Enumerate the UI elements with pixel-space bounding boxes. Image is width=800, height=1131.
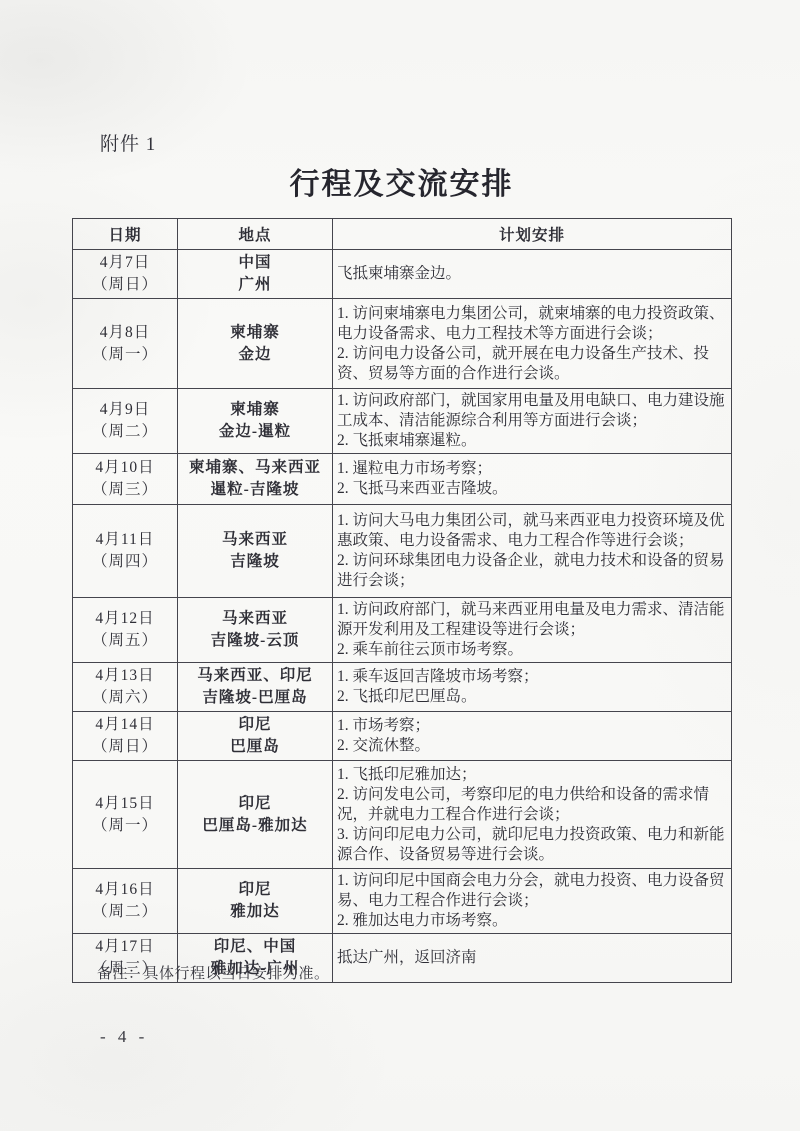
location-line: 巴厘岛-雅加达 [182,815,328,837]
date-cell: 4月15日 （周一） [73,761,178,869]
date-text: 4月9日 [77,399,173,421]
column-header-plan: 计划安排 [333,219,732,250]
plan-cell: 1. 访问大马电力集团公司，就马来西亚电力投资环境及优惠政策、电力设备需求、电力… [333,505,732,598]
table-row: 4月9日 （周二） 柬埔寨 金边-暹粒 1. 访问政府部门，就国家用电量及用电缺… [73,389,732,454]
date-cell: 4月7日 （周日） [73,250,178,299]
plan-cell: 1. 访问印尼中国商会电力分会，就电力投资、电力设备贸易、电力工程合作进行会谈；… [333,869,732,934]
location-line: 印尼 [182,879,328,901]
location-line: 吉隆坡 [182,551,328,573]
date-cell: 4月13日 （周六） [73,663,178,712]
table-row: 4月8日 （周一） 柬埔寨 金边 1. 访问柬埔寨电力集团公司，就柬埔寨的电力投… [73,299,732,389]
location-cell: 印尼 巴厘岛 [178,712,333,761]
weekday-text: （周二） [77,901,173,923]
table-row: 4月7日 （周日） 中国 广州 飞抵柬埔寨金边。 [73,250,732,299]
plan-item: 2. 访问电力设备公司，就开展在电力设备生产技术、投资、贸易等方面的合作进行会谈… [337,344,727,384]
column-header-location: 地点 [178,219,333,250]
location-cell: 中国 广州 [178,250,333,299]
location-cell: 印尼 巴厘岛-雅加达 [178,761,333,869]
plan-cell: 抵达广州，返回济南 [333,934,732,983]
weekday-text: （周日） [77,736,173,758]
plan-item: 1. 访问政府部门，就国家用电量及用电缺口、电力建设施工成本、清洁能源综合利用等… [337,391,727,431]
plan-cell: 1. 访问政府部门，就马来西亚用电量及电力需求、清洁能源开发利用及工程建设等进行… [333,598,732,663]
location-line: 柬埔寨、马来西亚 [182,457,328,479]
plan-item: 1. 访问大马电力集团公司，就马来西亚电力投资环境及优惠政策、电力设备需求、电力… [337,511,727,551]
plan-item: 飞抵柬埔寨金边。 [337,264,727,284]
table-row: 4月13日 （周六） 马来西亚、印尼 吉隆坡-巴厘岛 1. 乘车返回吉隆坡市场考… [73,663,732,712]
date-text: 4月11日 [77,529,173,551]
plan-cell: 1. 暹粒电力市场考察； 2. 飞抵马来西亚吉隆坡。 [333,454,732,505]
plan-item: 抵达广州，返回济南 [337,948,727,968]
weekday-text: （周一） [77,344,173,366]
weekday-text: （周三） [77,479,173,501]
date-text: 4月13日 [77,665,173,687]
attachment-label: 附件 1 [100,129,156,156]
table-row: 4月10日 （周三） 柬埔寨、马来西亚 暹粒-吉隆坡 1. 暹粒电力市场考察； … [73,454,732,505]
date-text: 4月17日 [77,936,173,958]
location-line: 中国 [182,252,328,274]
location-line: 印尼 [182,793,328,815]
location-line: 印尼、中国 [182,936,328,958]
date-text: 4月10日 [77,457,173,479]
weekday-text: （周一） [77,815,173,837]
plan-item: 1. 乘车返回吉隆坡市场考察； [337,667,727,687]
plan-cell: 1. 市场考察； 2. 交流休整。 [333,712,732,761]
weekday-text: （周二） [77,421,173,443]
location-cell: 柬埔寨、马来西亚 暹粒-吉隆坡 [178,454,333,505]
plan-cell: 1. 访问柬埔寨电力集团公司，就柬埔寨的电力投资政策、电力设备需求、电力工程技术… [333,299,732,389]
location-line: 吉隆坡-巴厘岛 [182,687,328,709]
date-text: 4月7日 [77,252,173,274]
date-cell: 4月16日 （周二） [73,869,178,934]
plan-cell: 1. 访问政府部门，就国家用电量及用电缺口、电力建设施工成本、清洁能源综合利用等… [333,389,732,454]
plan-item: 2. 乘车前往云顶市场考察。 [337,640,727,660]
date-cell: 4月10日 （周三） [73,454,178,505]
location-line: 柬埔寨 [182,399,328,421]
plan-item: 2. 飞抵印尼巴厘岛。 [337,687,727,707]
location-line: 马来西亚、印尼 [182,665,328,687]
plan-item: 1. 市场考察； [337,716,727,736]
column-header-date: 日期 [73,219,178,250]
location-line: 吉隆坡-云顶 [182,630,328,652]
location-line: 马来西亚 [182,529,328,551]
plan-item: 2. 雅加达电力市场考察。 [337,911,727,931]
location-line: 巴厘岛 [182,736,328,758]
plan-item: 1. 访问印尼中国商会电力分会，就电力投资、电力设备贸易、电力工程合作进行会谈； [337,871,727,911]
location-line: 暹粒-吉隆坡 [182,479,328,501]
weekday-text: （周五） [77,630,173,652]
plan-item: 2. 访问发电公司，考察印尼的电力供给和设备的需求情况，并就电力工程合作进行会谈… [337,785,727,825]
location-cell: 马来西亚 吉隆坡-云顶 [178,598,333,663]
date-text: 4月15日 [77,793,173,815]
date-text: 4月8日 [77,322,173,344]
table-row: 4月14日 （周日） 印尼 巴厘岛 1. 市场考察； 2. 交流休整。 [73,712,732,761]
location-line: 柬埔寨 [182,322,328,344]
plan-cell: 1. 飞抵印尼雅加达； 2. 访问发电公司，考察印尼的电力供给和设备的需求情况，… [333,761,732,869]
date-cell: 4月11日 （周四） [73,505,178,598]
table-row: 4月12日 （周五） 马来西亚 吉隆坡-云顶 1. 访问政府部门，就马来西亚用电… [73,598,732,663]
date-cell: 4月8日 （周一） [73,299,178,389]
date-cell: 4月12日 （周五） [73,598,178,663]
page-title: 行程及交流安排 [72,159,731,203]
scanned-document-page: 附件 1 行程及交流安排 日期 地点 计划安排 4月7日 （周日） 中国 [0,0,800,1131]
location-line: 广州 [182,274,328,296]
table-row: 4月11日 （周四） 马来西亚 吉隆坡 1. 访问大马电力集团公司，就马来西亚电… [73,505,732,598]
plan-item: 3. 访问印尼电力公司，就印尼电力投资政策、电力和新能源合作、设备贸易等进行会谈… [337,825,727,865]
plan-item: 1. 访问政府部门，就马来西亚用电量及电力需求、清洁能源开发利用及工程建设等进行… [337,600,727,640]
plan-item: 2. 飞抵柬埔寨暹粒。 [337,431,727,451]
location-line: 马来西亚 [182,608,328,630]
itinerary-table: 日期 地点 计划安排 4月7日 （周日） 中国 广州 飞抵柬埔寨金边。 [72,218,732,983]
location-cell: 马来西亚 吉隆坡 [178,505,333,598]
table-header-row: 日期 地点 计划安排 [73,219,732,250]
location-line: 金边 [182,344,328,366]
date-text: 4月12日 [77,608,173,630]
plan-item: 1. 暹粒电力市场考察； [337,459,727,479]
location-line: 金边-暹粒 [182,421,328,443]
location-cell: 柬埔寨 金边-暹粒 [178,389,333,454]
plan-cell: 飞抵柬埔寨金边。 [333,250,732,299]
table-row: 4月15日 （周一） 印尼 巴厘岛-雅加达 1. 飞抵印尼雅加达； 2. 访问发… [73,761,732,869]
date-text: 4月16日 [77,879,173,901]
footnote: 备注：具体行程以当日安排为准。 [97,962,330,983]
date-cell: 4月9日 （周二） [73,389,178,454]
weekday-text: （周日） [77,274,173,296]
date-cell: 4月14日 （周日） [73,712,178,761]
plan-item: 2. 飞抵马来西亚吉隆坡。 [337,479,727,499]
location-cell: 马来西亚、印尼 吉隆坡-巴厘岛 [178,663,333,712]
location-cell: 印尼 雅加达 [178,869,333,934]
plan-cell: 1. 乘车返回吉隆坡市场考察； 2. 飞抵印尼巴厘岛。 [333,663,732,712]
plan-item: 1. 飞抵印尼雅加达； [337,765,727,785]
plan-item: 2. 访问环球集团电力设备企业，就电力技术和设备的贸易进行会谈； [337,551,727,591]
plan-item: 1. 访问柬埔寨电力集团公司，就柬埔寨的电力投资政策、电力设备需求、电力工程技术… [337,304,727,344]
date-text: 4月14日 [77,714,173,736]
plan-item: 2. 交流休整。 [337,736,727,756]
weekday-text: （周四） [77,551,173,573]
location-line: 雅加达 [182,901,328,923]
page-number: - 4 - [100,1027,148,1047]
weekday-text: （周六） [77,687,173,709]
location-line: 印尼 [182,714,328,736]
table-row: 4月16日 （周二） 印尼 雅加达 1. 访问印尼中国商会电力分会，就电力投资、… [73,869,732,934]
location-cell: 柬埔寨 金边 [178,299,333,389]
